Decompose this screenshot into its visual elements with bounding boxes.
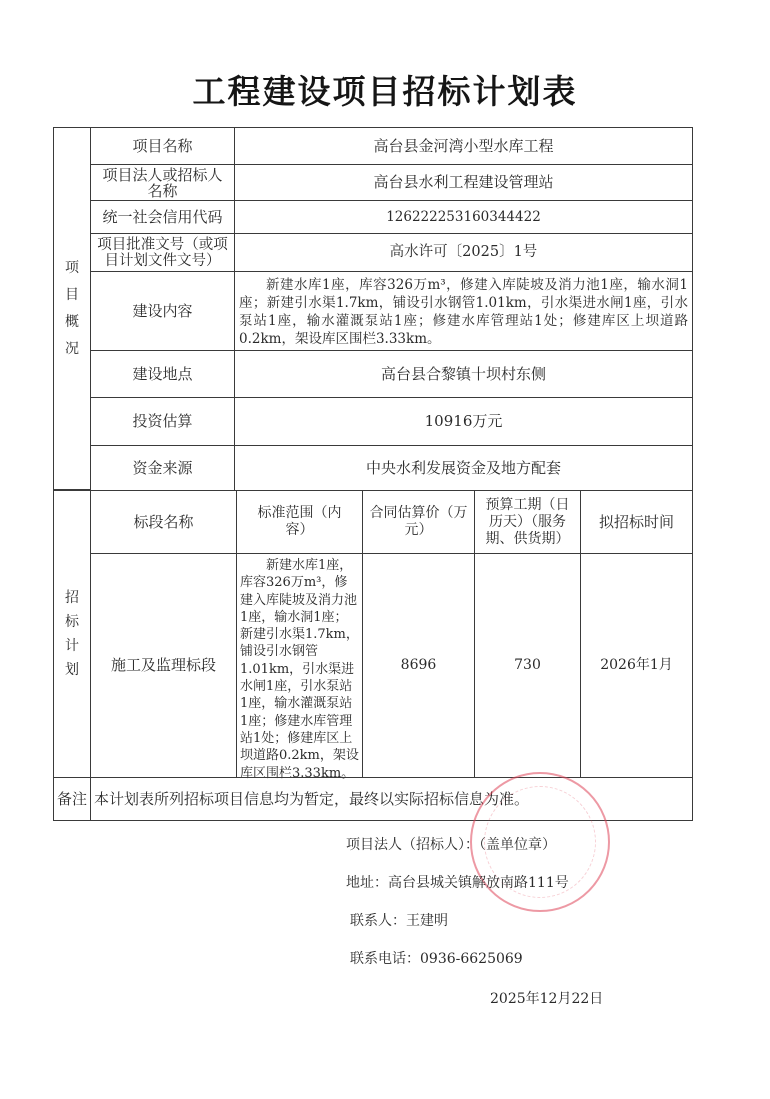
bidding-label-char: 计 xyxy=(65,634,79,658)
row-value-location: 高台县合黎镇十坝村东侧 xyxy=(234,350,693,398)
row-label-credit-code: 统一社会信用代码 xyxy=(90,200,235,234)
header-planned-time: 拟招标时间 xyxy=(580,490,693,554)
bid-section-name: 施工及监理标段 xyxy=(90,553,237,778)
footer-phone: 联系电话：0936-6625069 xyxy=(350,948,523,968)
overview-section-label: 项 目 概 况 xyxy=(53,127,91,490)
bid-planned-time: 2026年1月 xyxy=(580,553,693,778)
row-label-location: 建设地点 xyxy=(90,350,235,398)
row-label-approval-no: 项目批准文号（或项目计划文件文号） xyxy=(90,233,235,272)
header-contract-estimate: 合同估算价（万元） xyxy=(362,490,475,554)
bidding-label-char: 标 xyxy=(65,610,79,634)
remarks-text: 本计划表所列招标项目信息均为暂定，最终以实际招标信息为准。 xyxy=(90,777,693,821)
row-label-project-name: 项目名称 xyxy=(90,127,235,165)
overview-label-char: 项 xyxy=(65,255,79,282)
footer-address: 地址：高台县城关镇解放南路111号 xyxy=(346,872,569,892)
header-section-name: 标段名称 xyxy=(90,490,237,554)
row-label-funding: 资金来源 xyxy=(90,445,235,491)
bidding-section-label: 招 标 计 划 xyxy=(53,490,91,778)
footer-contact: 联系人：王建明 xyxy=(350,910,448,930)
row-label-construction-content: 建设内容 xyxy=(90,271,235,351)
bid-scope: 新建水库1座，库容326万m³，修建入库陡坡及消力池1座，输水洞1座；新建引水渠… xyxy=(236,553,363,778)
header-duration: 预算工期（日历天）（服务期、供货期） xyxy=(474,490,581,554)
row-label-legal-person: 项目法人或招标人名称 xyxy=(90,164,235,201)
row-value-credit-code: 126222253160344422 xyxy=(234,200,693,234)
overview-label-char: 况 xyxy=(65,336,79,363)
row-value-legal-person: 高台县水利工程建设管理站 xyxy=(234,164,693,201)
row-value-construction-content: 新建水库1座，库容326万m³，修建入库陡坡及消力池1座，输水洞1座；新建引水渠… xyxy=(234,271,693,351)
bid-contract-estimate: 8696 xyxy=(362,553,475,778)
document-title: 工程建设项目招标计划表 xyxy=(0,66,770,113)
row-label-investment: 投资估算 xyxy=(90,397,235,446)
row-value-approval-no: 高水许可〔2025〕1号 xyxy=(234,233,693,272)
row-value-project-name: 高台县金河湾小型水库工程 xyxy=(234,127,693,165)
row-value-investment: 10916万元 xyxy=(234,397,693,446)
footer-date: 2025年12月22日 xyxy=(490,988,603,1008)
overview-label-char: 概 xyxy=(65,309,79,336)
bidding-label-char: 招 xyxy=(65,586,79,610)
header-scope: 标准范围（内容） xyxy=(236,490,363,554)
remarks-label: 备注 xyxy=(53,777,91,821)
row-value-funding: 中央水利发展资金及地方配套 xyxy=(234,445,693,491)
footer-legal-person: 项目法人（招标人）：（盖单位章） xyxy=(346,834,556,854)
overview-label-char: 目 xyxy=(65,282,79,309)
bid-duration: 730 xyxy=(474,553,581,778)
bidding-label-char: 划 xyxy=(65,658,79,682)
